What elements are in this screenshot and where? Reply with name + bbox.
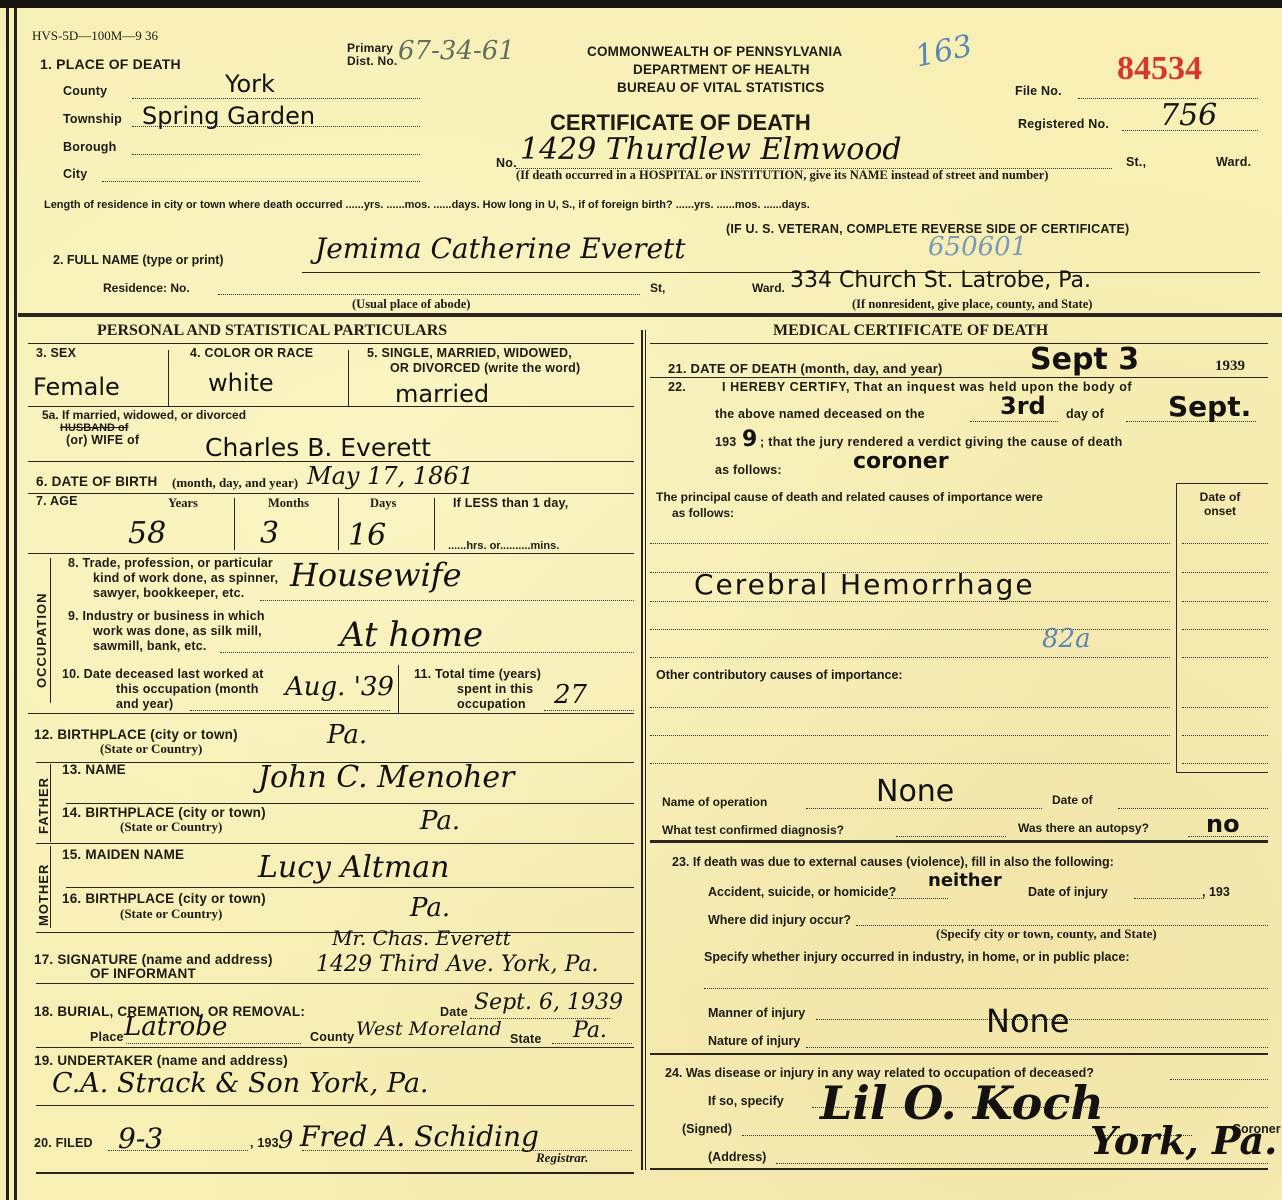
filed-year-prefix: , 193 <box>250 1136 279 1150</box>
rule <box>36 843 634 844</box>
address-label: (Address) <box>708 1150 766 1164</box>
other-causes-label: Other contributory causes of importance: <box>656 668 903 682</box>
principal-cause-label-2: as follows: <box>672 506 734 520</box>
undertaker-value: C.A. Strack & Son York, Pa. <box>52 1068 429 1099</box>
burial-date-label: Date <box>440 1005 468 1019</box>
onset-line <box>1182 601 1268 602</box>
injury-date-label: Date of injury <box>1028 885 1108 899</box>
years-label: Years <box>168 496 198 511</box>
date-of-death-year: 1939 <box>1215 358 1245 375</box>
father-name-value: John C. Menoher <box>258 760 515 795</box>
mother-birthplace-value: Pa. <box>410 893 450 923</box>
manner-injury-label: Manner of injury <box>708 1006 805 1020</box>
ward-label: Ward. <box>1216 155 1251 169</box>
other-cause-line <box>650 707 1170 708</box>
agency-line3: BUREAU OF VITAL STATISTICS <box>617 80 824 95</box>
file-number-stamp: 84534 <box>1117 50 1202 88</box>
father-birthplace-label-1: 14. BIRTHPLACE (city or town) <box>62 805 266 820</box>
cause-line <box>650 543 1170 544</box>
burial-place-label: Place <box>90 1030 124 1044</box>
primary-dist-value: 67-34-61 <box>398 36 515 66</box>
last-worked-line <box>190 710 390 711</box>
father-birthplace-value: Pa. <box>420 806 460 836</box>
last-worked-label-2: this occupation (month <box>116 682 259 696</box>
total-time-line <box>544 710 634 711</box>
county-line <box>132 98 420 99</box>
sex-value: Female <box>33 373 120 401</box>
township-label: Township <box>63 112 122 126</box>
registrar-label: Registrar. <box>536 1150 588 1166</box>
injury-date-suffix: , 193 <box>1202 885 1230 899</box>
rule <box>66 887 634 888</box>
cause-line <box>650 601 1170 602</box>
onset-column-bottom <box>1176 772 1268 773</box>
signed-label: (Signed) <box>682 1122 732 1136</box>
informant-label-1: 17. SIGNATURE (name and address) <box>34 952 273 967</box>
father-name-label: 13. NAME <box>62 762 126 777</box>
date-of-death-value: Sept 3 <box>1030 342 1139 377</box>
side-rule <box>50 764 51 842</box>
less-than-label: If LESS than 1 day, <box>453 496 568 510</box>
accident-label: Accident, suicide, or homicide? <box>708 885 896 899</box>
spouse-label-1: 5a. If married, widowed, or divorced <box>42 408 246 422</box>
last-worked-label-3: and year) <box>116 697 173 711</box>
occupation-side-label: OCCUPATION <box>34 593 49 688</box>
rule <box>28 713 634 714</box>
trade-value: Housewife <box>290 556 462 594</box>
cell-divider <box>348 350 349 406</box>
onset-column-rule <box>1176 483 1177 773</box>
county-label: County <box>63 84 107 98</box>
injury-date-line <box>1134 898 1204 899</box>
cause-line <box>650 629 1170 630</box>
rule <box>650 1053 1268 1055</box>
mother-birthplace-label-1: 16. BIRTHPLACE (city or town) <box>62 891 266 906</box>
personal-heading: PERSONAL AND STATISTICAL PARTICULARS <box>97 322 447 340</box>
cell-divider <box>168 350 169 406</box>
age-months-value: 3 <box>260 516 279 551</box>
hospital-note: (If death occurred in a HOSPITAL or INST… <box>516 168 1048 183</box>
father-side-label: FATHER <box>36 777 51 834</box>
registrar-signature: Fred A. Schiding <box>300 1120 539 1153</box>
birthplace-label-2: (State or Country) <box>100 741 202 757</box>
total-time-value: 27 <box>554 680 587 710</box>
operation-date-line <box>1118 808 1268 809</box>
dob-label: 6. DATE OF BIRTH <box>36 474 157 489</box>
registered-no-line <box>1122 130 1258 131</box>
date-of-death-label: 21. DATE OF DEATH (month, day, and year) <box>668 361 943 376</box>
cell-divider <box>234 498 235 550</box>
place-of-death-label: 1. PLACE OF DEATH <box>40 56 181 72</box>
filed-label: 20. FILED <box>34 1136 93 1150</box>
where-injury-label: Where did injury occur? <box>708 913 851 927</box>
days-label: Days <box>370 496 396 511</box>
rule <box>28 553 634 554</box>
race-value: white <box>208 369 274 397</box>
section-divider <box>18 313 1282 317</box>
full-name-label: 2. FULL NAME (type or print) <box>53 253 224 267</box>
race-label: 4. COLOR OR RACE <box>190 346 313 360</box>
side-rule <box>50 846 51 928</box>
accident-line <box>888 898 948 899</box>
cell-divider <box>398 665 399 713</box>
autopsy-label: Was there an autopsy? <box>1018 821 1149 835</box>
test-label: What test confirmed diagnosis? <box>662 823 844 837</box>
birthplace-label-1: 12. BIRTHPLACE (city or town) <box>34 727 238 742</box>
dob-value: May 17, 1861 <box>307 462 474 490</box>
rule <box>650 840 1268 843</box>
column-divider <box>645 330 646 1170</box>
onset-line <box>1182 629 1268 630</box>
operation-date-label: Date of <box>1052 793 1093 807</box>
age-days-value: 16 <box>348 518 386 553</box>
onset-line <box>1182 572 1268 573</box>
residence-st-label: St, <box>650 281 665 295</box>
residence-ward-label: Ward. <box>752 281 785 295</box>
day-of-label: day of <box>1066 407 1104 421</box>
primary-dist-label: Primary Dist. No. <box>347 42 397 68</box>
street-value: 1429 Thurdlew Elmwood <box>520 132 902 167</box>
operation-label: Name of operation <box>662 795 767 809</box>
months-label: Months <box>268 496 309 511</box>
marital-value: married <box>395 380 489 408</box>
industry-label-2: work was done, as silk mill, <box>93 624 262 638</box>
age-years-value: 58 <box>128 516 166 551</box>
residence-length-line: Length of residence in city or town wher… <box>44 199 810 211</box>
sex-label: 3. SEX <box>36 346 76 360</box>
side-rule <box>50 558 51 703</box>
rule <box>36 1172 634 1174</box>
undertaker-label: 19. UNDERTAKER (name and address) <box>34 1053 288 1068</box>
spouse-label-wife: (or) WIFE of <box>66 433 139 447</box>
trade-line <box>260 600 634 601</box>
township-value: Spring Garden <box>142 102 315 130</box>
age-label: 7. AGE <box>36 494 78 508</box>
burial-county-label: County <box>310 1030 354 1044</box>
burial-place-line <box>126 1043 301 1044</box>
medical-heading: MEDICAL CERTIFICATE OF DEATH <box>773 322 1048 340</box>
rule <box>28 493 634 494</box>
rule <box>650 377 1268 378</box>
residence-label: Residence: No. <box>103 281 190 295</box>
spouse-value: Charles B. Everett <box>205 433 431 462</box>
city-line <box>102 181 420 182</box>
rule <box>28 406 634 407</box>
residence-no-line <box>218 294 640 295</box>
marital-label-2: OR DIVORCED (write the word) <box>390 361 580 375</box>
mother-name-label: 15. MAIDEN NAME <box>62 847 184 862</box>
nonresident-note: (If nonresident, give place, county, and… <box>852 297 1092 312</box>
day-of-value: Sept. <box>1168 390 1251 423</box>
onset-line <box>1182 735 1268 736</box>
year-prefix: 193 <box>715 435 736 449</box>
deceased-on-label: the above named deceased on the <box>715 407 925 421</box>
verdict-text: ; that the jury rendered a verdict givin… <box>760 435 1123 449</box>
certify-number: 22. <box>668 380 686 394</box>
birthplace-value: Pa. <box>327 720 367 750</box>
external-causes-label: 23. If death was due to external causes … <box>672 855 1114 869</box>
trade-label-1: 8. Trade, profession, or particular <box>68 556 273 570</box>
other-cause-line <box>650 763 1170 764</box>
nature-injury-label: Nature of injury <box>708 1034 800 1048</box>
form-code: HVS-5D—100M—9 36 <box>32 28 158 44</box>
cause-line <box>650 657 1170 658</box>
coroner-address: York, Pa. <box>1090 1118 1277 1163</box>
specify-location-label: Specify whether injury occurred in indus… <box>704 950 1130 964</box>
industry-label-3: sawmill, bank, etc. <box>93 639 207 653</box>
onset-line <box>1182 657 1268 658</box>
informant-label-2: OF INFORMANT <box>90 966 196 981</box>
deceased-on-value: 3rd <box>1000 392 1046 420</box>
occupation-related-line <box>1170 1079 1268 1080</box>
hrs-mins-label: ......hrs. or..........mins. <box>448 540 559 552</box>
industry-value: At home <box>340 615 483 655</box>
rule <box>66 803 634 804</box>
as-follows-value: coroner <box>853 449 949 474</box>
nature-injury-line <box>806 1047 1268 1048</box>
if-so-label: If so, specify <box>708 1094 784 1108</box>
full-name-value: Jemima Catherine Everett <box>315 232 686 265</box>
operation-value: None <box>876 774 954 809</box>
where-injury-note: (Specify city or town, county, and State… <box>936 926 1157 942</box>
test-line <box>896 836 1006 837</box>
rule <box>36 1047 634 1048</box>
marital-label-1: 5. SINGLE, MARRIED, WIDOWED, <box>367 346 572 360</box>
file-no-label: File No. <box>1015 84 1062 98</box>
date-of-onset-label: Date of onset <box>1190 490 1250 518</box>
burial-county-value: West Moreland <box>356 1018 502 1040</box>
trade-label-3: sawyer, bookkeeper, etc. <box>93 586 244 600</box>
industry-label-1: 9. Industry or business in which <box>68 609 265 623</box>
total-time-label-1: 11. Total time (years) <box>414 667 541 681</box>
st-label: St., <box>1126 155 1146 169</box>
trade-label-2: kind of work done, as spinner, <box>93 571 278 585</box>
rule <box>650 1168 1268 1170</box>
deceased-on-line <box>970 421 1058 422</box>
filed-value: 9-3 <box>118 1122 163 1155</box>
rule <box>36 983 634 984</box>
street-no-label: No. <box>496 156 517 170</box>
other-cause-line <box>650 735 1170 736</box>
burial-state-value: Pa. <box>573 1018 607 1043</box>
mother-birthplace-label-2: (State or Country) <box>120 906 222 922</box>
residence-value: 334 Church St. Latrobe, Pa. <box>790 268 1091 293</box>
onset-column-top <box>1176 483 1268 484</box>
informant-value-2: 1429 Third Ave. York, Pa. <box>316 952 599 977</box>
burial-place-value: Latrobe <box>124 1012 227 1042</box>
autopsy-value: no <box>1206 810 1240 838</box>
burial-state-line <box>552 1043 632 1044</box>
borough-label: Borough <box>63 140 116 154</box>
index-note: 650601 <box>928 232 1027 262</box>
last-worked-label-1: 10. Date deceased last worked at <box>62 667 264 681</box>
total-time-label-2: spent in this <box>457 682 533 696</box>
left-border-rule <box>14 8 17 1200</box>
principal-cause-value: Cerebral Hemorrhage <box>694 568 1035 601</box>
address-line <box>776 1163 1268 1164</box>
rule <box>36 1105 634 1106</box>
mother-name-value: Lucy Altman <box>258 850 450 885</box>
city-label: City <box>63 167 87 181</box>
certify-text: I HEREBY CERTIFY, That an inquest was he… <box>722 380 1132 394</box>
filed-year-digit: 9 <box>278 1126 293 1154</box>
burial-date-value: Sept. 6, 1939 <box>474 990 623 1015</box>
left-border-rule <box>6 8 9 1200</box>
agency-line1: COMMONWEALTH OF PENNSYLVANIA <box>587 44 842 59</box>
onset-line <box>1182 763 1268 764</box>
cell-divider <box>434 498 435 550</box>
accident-value: neither <box>928 870 1002 891</box>
coroner-signature: Lil O. Koch <box>820 1076 1104 1130</box>
last-worked-value: Aug. '39 <box>285 672 394 702</box>
nature-injury-value: None <box>986 1002 1069 1040</box>
agency-line2: DEPARTMENT OF HEALTH <box>633 62 810 77</box>
abode-note: (Usual place of abode) <box>352 297 470 312</box>
principal-cause-label-1: The principal cause of death and related… <box>656 490 1043 504</box>
borough-line <box>132 154 420 155</box>
column-divider <box>641 330 643 1170</box>
rule <box>28 343 634 344</box>
full-name-line <box>302 272 1260 273</box>
cause-code-note: 82a <box>1042 624 1091 654</box>
informant-value-1: Mr. Chas. Everett <box>332 926 511 950</box>
total-time-label-3: occupation <box>457 697 526 711</box>
registered-no-value: 756 <box>1160 98 1217 133</box>
onset-line <box>1182 543 1268 544</box>
dob-sub: (month, day, and year) <box>172 475 298 491</box>
burial-state-label: State <box>510 1032 542 1046</box>
rule <box>650 343 1268 344</box>
registered-no-label: Registered No. <box>1018 117 1109 131</box>
specify-location-line <box>704 988 1268 989</box>
year-digit: 9 <box>742 427 757 452</box>
cell-divider <box>338 498 339 550</box>
father-birthplace-label-2: (State or Country) <box>120 819 222 835</box>
as-follows-label: as follows: <box>715 463 782 477</box>
mother-side-label: MOTHER <box>36 864 51 926</box>
county-value: York <box>225 70 275 98</box>
onset-line <box>1182 707 1268 708</box>
